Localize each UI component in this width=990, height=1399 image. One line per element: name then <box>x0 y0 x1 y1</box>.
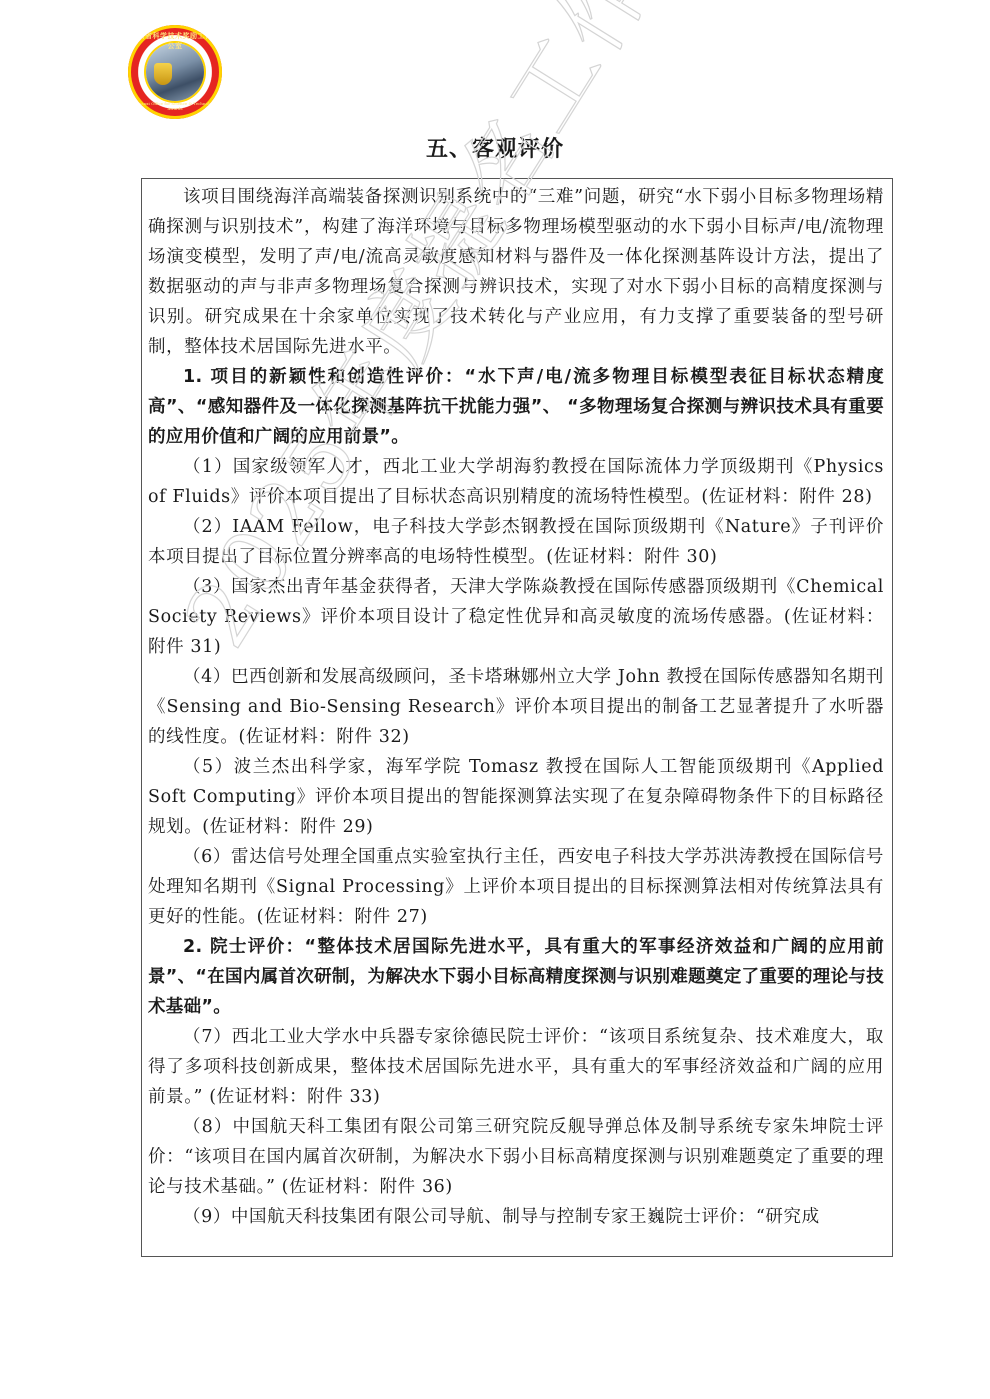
seal-logo: 陕西省科学技术奖励工作办公室 Shaanxi Office for Scienc… <box>128 25 222 119</box>
evaluation-item-1: （1）国家级领军人才，西北工业大学胡海豹教授在国际流体力学顶级期刊《Physic… <box>148 452 884 512</box>
evaluation-item-8: （8）中国航天科工集团有限公司第三研究院反舰导弹总体及制导系统专家朱坤院士评价：… <box>148 1112 884 1202</box>
evaluation-item-7: （7）西北工业大学水中兵器专家徐德民院士评价：“该项目系统复杂、技术难度大，取得… <box>148 1022 884 1112</box>
section-heading-novelty: 1. 项目的新颖性和创造性评价：“水下声/电/流多物理目标模型表征目标状态精度高… <box>148 362 884 452</box>
summary-paragraph: 该项目围绕海洋高端装备探测识别系统中的“三难”问题，研究“水下弱小目标多物理场精… <box>148 182 884 362</box>
seal-text-en: Shaanxi Office for Science & Technology … <box>128 101 222 111</box>
section-heading-academician: 2. 院士评价：“整体技术居国际先进水平，具有重大的军事经济效益和广阔的应用前景… <box>148 932 884 1022</box>
evaluation-item-3: （3）国家杰出青年基金获得者，天津大学陈焱教授在国际传感器顶级期刊《Chemic… <box>148 572 884 662</box>
evaluation-item-2: （2）IAAM Fellow，电子科技大学彭杰钢教授在国际顶级期刊《Nature… <box>148 512 884 572</box>
evaluation-box: 该项目围绕海洋高端装备探测识别系统中的“三难”问题，研究“水下弱小目标多物理场精… <box>141 178 893 1257</box>
evaluation-item-6: （6）雷达信号处理全国重点实验室执行主任，西安电子科技大学苏洪涛教授在国际信号处… <box>148 842 884 932</box>
evaluation-item-4: （4）巴西创新和发展高级顾问，圣卡塔琳娜州立大学 John 教授在国际传感器知名… <box>148 662 884 752</box>
trophy-icon <box>154 63 172 85</box>
evaluation-item-5: （5）波兰杰出科学家，海军学院 Tomasz 教授在国际人工智能顶级期刊《App… <box>148 752 884 842</box>
evaluation-item-9: （9）中国航天科技集团有限公司导航、制导与控制专家王巍院士评价：“研究成 <box>148 1202 884 1232</box>
seal-text-cn: 陕西省科学技术奖励工作办公室 <box>128 31 222 51</box>
section-title: 五、客观评价 <box>0 132 990 163</box>
